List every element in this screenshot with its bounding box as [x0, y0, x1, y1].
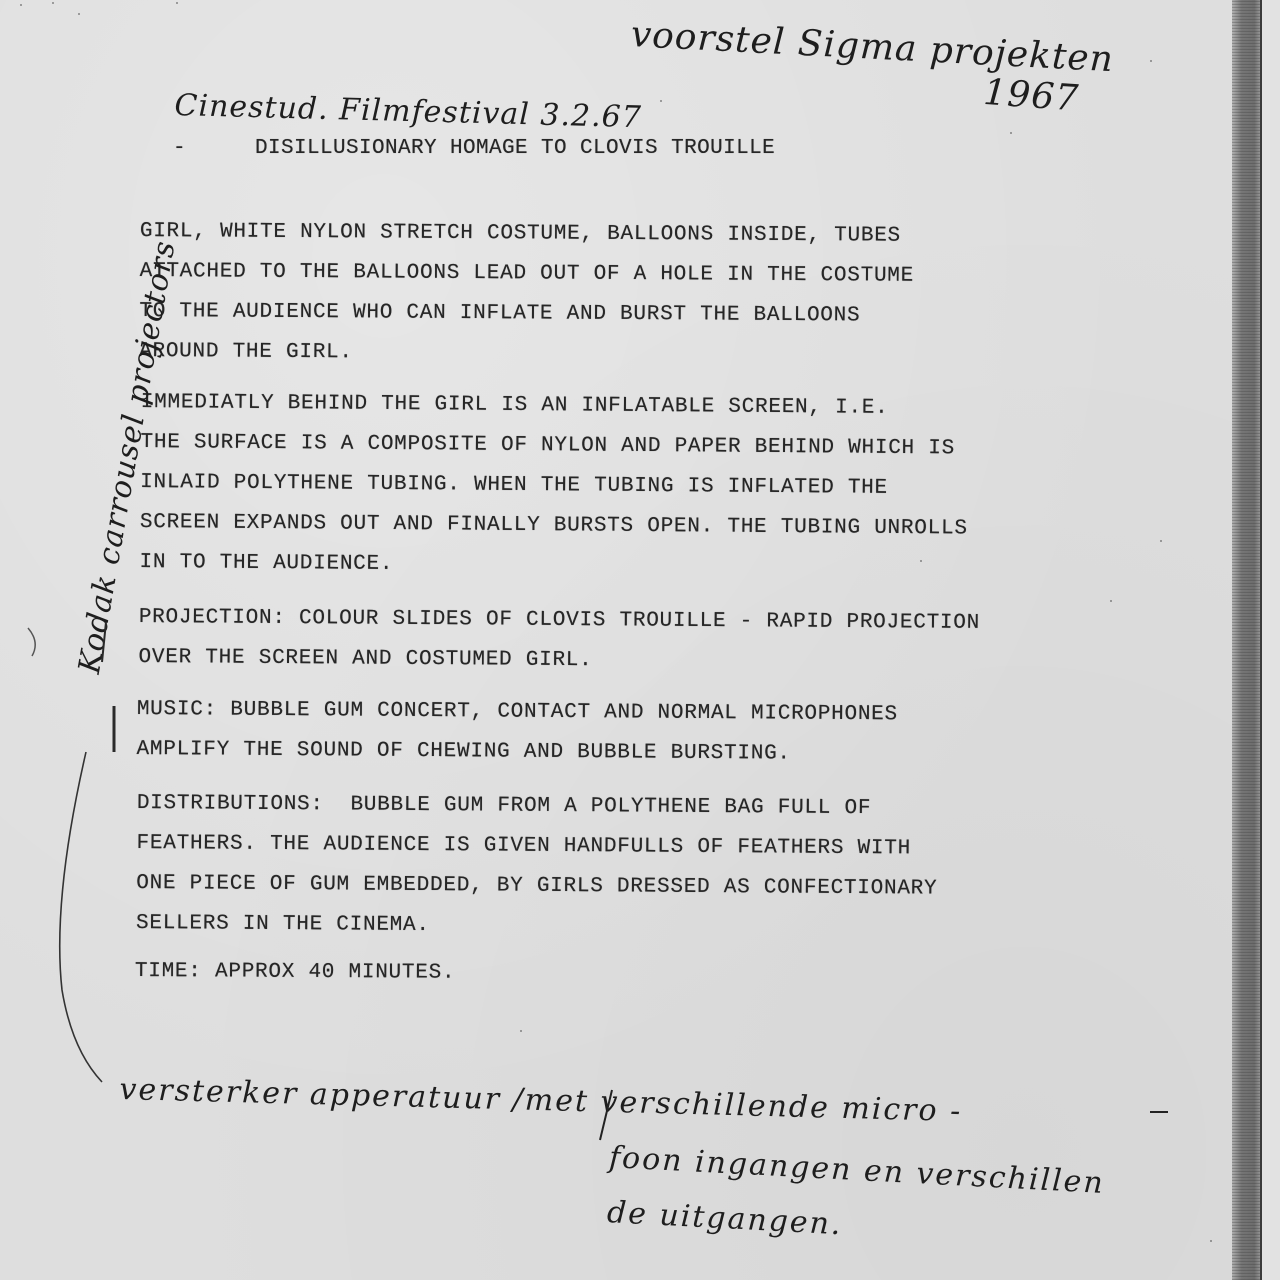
- text-line: DISTRIBUTIONS: BUBBLE GUM FROM A POLYTHE…: [137, 784, 938, 830]
- text-line: IN TO THE AUDIENCE.: [139, 543, 967, 590]
- handwritten-bottom-note-line: versterker apperatuur /met verschillende…: [119, 1072, 963, 1129]
- paragraph-distributions: DISTRIBUTIONS: BUBBLE GUM FROM A POLYTHE…: [136, 784, 938, 950]
- text-line: TO THE AUDIENCE WHO CAN INFLATE AND BURS…: [139, 292, 914, 337]
- text-line: INLAID POLYTHENE TUBING. WHEN THE TUBING…: [140, 463, 968, 510]
- text-line: MUSIC: BUBBLE GUM CONCERT, CONTACT AND N…: [137, 690, 898, 735]
- text-line: FEATHERS. THE AUDIENCE IS GIVEN HANDFULL…: [136, 824, 937, 870]
- page-edge-margin: [1262, 0, 1280, 1280]
- handwritten-festival-note: Cinestud. Filmfestival 3.2.67: [174, 88, 642, 135]
- text-line: AROUND THE GIRL.: [139, 332, 914, 377]
- document-title: DISILLUSIONARY HOMAGE TO CLOVIS TROUILLE: [255, 137, 775, 160]
- handwritten-header-note: voorstel Sigma projekten: [630, 14, 1115, 80]
- text-line: SCREEN EXPANDS OUT AND FINALLY BURSTS OP…: [140, 503, 968, 550]
- paragraph-projection: PROJECTION: COLOUR SLIDES OF CLOVIS TROU…: [138, 598, 980, 684]
- paragraph-screen: IMMEDIATLY BEHIND THE GIRL IS AN INFLATA…: [139, 383, 968, 589]
- text-line: AMPLIFY THE SOUND OF CHEWING AND BUBBLE …: [136, 730, 897, 775]
- text-line: IMMEDIATLY BEHIND THE GIRL IS AN INFLATA…: [141, 383, 969, 430]
- pen-paren: [28, 628, 35, 656]
- paragraph-music: MUSIC: BUBBLE GUM CONCERT, CONTACT AND N…: [136, 690, 898, 775]
- paragraph-costume: GIRL, WHITE NYLON STRETCH COSTUME, BALLO…: [139, 212, 914, 377]
- text-line: ATTACHED TO THE BALLOONS LEAD OUT OF A H…: [140, 252, 915, 297]
- text-line: GIRL, WHITE NYLON STRETCH COSTUME, BALLO…: [140, 212, 915, 257]
- pen-bracket-curve: [60, 752, 102, 1082]
- handwritten-bottom-note-line: de uitgangen.: [606, 1195, 843, 1242]
- text-line: OVER THE SCREEN AND COSTUMED GIRL.: [138, 638, 979, 684]
- handwritten-bottom-note-line: foon ingangen en verschillen: [608, 1140, 1105, 1201]
- text-line: TIME: APPROX 40 MINUTES.: [135, 952, 456, 994]
- paragraph-time: TIME: APPROX 40 MINUTES.: [135, 952, 456, 994]
- title-dash: -: [173, 137, 186, 160]
- text-line: SELLERS IN THE CINEMA.: [136, 904, 937, 950]
- scanned-document-page: voorstel Sigma projekten 1967 Cinestud. …: [0, 0, 1280, 1280]
- text-line: ONE PIECE OF GUM EMBEDDED, BY GIRLS DRES…: [136, 864, 937, 910]
- handwritten-year: 1967: [982, 72, 1080, 120]
- text-line: THE SURFACE IS A COMPOSITE OF NYLON AND …: [140, 423, 968, 470]
- text-line: PROJECTION: COLOUR SLIDES OF CLOVIS TROU…: [139, 598, 980, 644]
